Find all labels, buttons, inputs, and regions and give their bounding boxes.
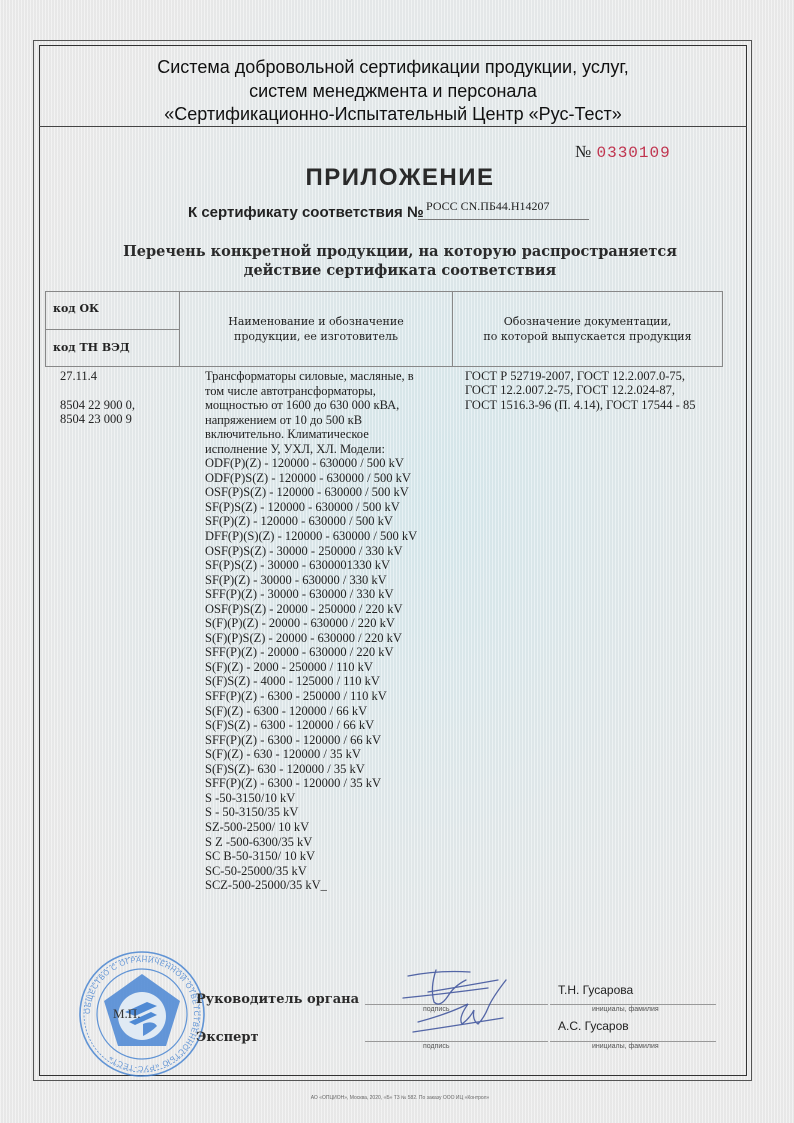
head-name: Т.Н. Гусарова bbox=[558, 983, 633, 997]
list-title-line: Перечень конкретной продукции, на котору… bbox=[100, 242, 700, 261]
model-line: S -50-3150/10 kV bbox=[205, 791, 455, 806]
model-line: S(F)(P)S(Z) - 20000 - 630000 / 220 kV bbox=[205, 631, 455, 646]
docs-header-text: Обозначение документации, по которой вып… bbox=[453, 314, 722, 344]
code-tn-ved-value: 8504 22 900 0, bbox=[60, 398, 190, 412]
model-line: SFF(P)(Z) - 20000 - 630000 / 220 kV bbox=[205, 645, 455, 660]
description-line: включительно. Климатическое bbox=[205, 427, 455, 442]
model-line: SFF(P)(Z) - 6300 - 120000 / 35 kV bbox=[205, 776, 455, 791]
description-line: напряжением от 10 до 500 кВ bbox=[205, 413, 455, 428]
model-line: SF(P)(Z) - 30000 - 630000 / 330 kV bbox=[205, 573, 455, 588]
certification-system-header: Система добровольной сертификации продук… bbox=[39, 56, 747, 127]
model-line: S(F)(Z) - 6300 - 120000 / 66 kV bbox=[205, 704, 455, 719]
expert-name: А.С. Гусаров bbox=[558, 1019, 629, 1033]
model-line: DFF(P)(S)(Z) - 120000 - 630000 / 500 kV bbox=[205, 529, 455, 544]
handwritten-signature-icon bbox=[398, 962, 528, 1042]
printer-imprint: АО «ОПЦИОН», Москва, 2020, «Б» Т3 № 582.… bbox=[250, 1095, 550, 1101]
model-line: OSF(P)S(Z) - 30000 - 250000 / 330 kV bbox=[205, 544, 455, 559]
form-number-value: 0330109 bbox=[596, 144, 670, 162]
description-line: мощностью от 1600 до 630 000 кВА, bbox=[205, 398, 455, 413]
list-title-line: действие сертификата соответствия bbox=[100, 261, 700, 280]
code-ok-label: код ОК bbox=[53, 302, 99, 315]
head-of-body-label: Руководитель органа bbox=[196, 992, 359, 1007]
form-number: № 0330109 bbox=[575, 142, 671, 162]
code-ok-cell: код ОК bbox=[46, 292, 179, 330]
model-line: SC-50-25000/35 kV bbox=[205, 864, 455, 879]
certificate-ref-label: К сертификату соответствия № bbox=[188, 204, 424, 221]
document-title: ПРИЛОЖЕНИЕ bbox=[250, 164, 550, 192]
model-line: S Z -500-6300/35 kV bbox=[205, 835, 455, 850]
description-line: том числе автотрансформаторы, bbox=[205, 384, 455, 399]
doc-line: ГОСТ Р 52719-2007, ГОСТ 12.2.007.0-75, bbox=[465, 369, 735, 383]
model-line: SF(P)S(Z) - 30000 - 6300001330 kV bbox=[205, 558, 455, 573]
model-line: OSF(P)S(Z) - 120000 - 630000 / 500 kV bbox=[205, 485, 455, 500]
name-header-cell: Наименование и обозначение продукции, ее… bbox=[180, 292, 453, 366]
name-header-text: Наименование и обозначение продукции, ее… bbox=[180, 314, 452, 344]
system-line: Система добровольной сертификации продук… bbox=[39, 56, 747, 80]
docs-header-line: Обозначение документации, bbox=[453, 314, 722, 329]
model-line: SF(P)S(Z) - 120000 - 630000 / 500 kV bbox=[205, 500, 455, 515]
form-number-label: № bbox=[575, 142, 592, 161]
head-name-line bbox=[550, 1004, 716, 1005]
model-line: SFF(P)(Z) - 6300 - 120000 / 66 kV bbox=[205, 733, 455, 748]
model-line: OSF(P)S(Z) - 20000 - 250000 / 220 kV bbox=[205, 602, 455, 617]
name-header-line: продукции, ее изготовитель bbox=[180, 329, 452, 344]
description-line: исполнение У, УХЛ, ХЛ. Модели: bbox=[205, 442, 455, 457]
product-list-title: Перечень конкретной продукции, на котору… bbox=[100, 242, 700, 280]
description-line: Трансформаторы силовые, масляные, в bbox=[205, 369, 455, 384]
model-line: S(F)S(Z)- 630 - 120000 / 35 kV bbox=[205, 762, 455, 777]
model-line: S(F)(Z) - 2000 - 250000 / 110 kV bbox=[205, 660, 455, 675]
code-spacer bbox=[60, 383, 190, 397]
system-line: систем менеджмента и персонала bbox=[39, 80, 747, 104]
stamp-place-label: М.П. bbox=[113, 1006, 140, 1022]
table-header: код ОК код ТН ВЭД Наименование и обознач… bbox=[45, 291, 723, 367]
name-header-line: Наименование и обозначение bbox=[180, 314, 452, 329]
expert-name-line bbox=[550, 1041, 716, 1042]
code-tn-ved-label: код ТН ВЭД bbox=[53, 341, 130, 354]
model-line: S(F)(Z) - 630 - 120000 / 35 kV bbox=[205, 747, 455, 762]
model-line: SF(P)(Z) - 120000 - 630000 / 500 kV bbox=[205, 514, 455, 529]
code-tn-ved-value: 8504 23 000 9 bbox=[60, 412, 190, 426]
head-name-caption: инициалы, фамилия bbox=[592, 1006, 659, 1013]
certificate-ref-value: РОСС CN.ПБ44.Н14207 bbox=[418, 199, 589, 220]
model-line: S - 50-3150/35 kV bbox=[205, 805, 455, 820]
documentation-cell: ГОСТ Р 52719-2007, ГОСТ 12.2.007.0-75, Г… bbox=[465, 369, 735, 412]
model-line: S(F)S(Z) - 6300 - 120000 / 66 kV bbox=[205, 718, 455, 733]
expert-name-caption: инициалы, фамилия bbox=[592, 1043, 659, 1050]
docs-header-line: по которой выпускается продукция bbox=[453, 329, 722, 344]
doc-line: ГОСТ 12.2.007.2-75, ГОСТ 12.2.024-87, bbox=[465, 383, 735, 397]
docs-header-cell: Обозначение документации, по которой вып… bbox=[453, 292, 722, 366]
model-line: SCZ-500-25000/35 kV_ bbox=[205, 878, 455, 893]
expert-label: Эксперт bbox=[196, 1030, 259, 1045]
model-line: SC B-50-3150/ 10 kV bbox=[205, 849, 455, 864]
product-description-cell: Трансформаторы силовые, масляные, втом ч… bbox=[205, 369, 455, 893]
codes-cell: 27.11.4 8504 22 900 0, 8504 23 000 9 bbox=[60, 369, 190, 427]
model-line: SFF(P)(Z) - 6300 - 250000 / 110 kV bbox=[205, 689, 455, 704]
model-line: ODF(P)S(Z) - 120000 - 630000 / 500 kV bbox=[205, 471, 455, 486]
system-line: «Сертификационно-Испытательный Центр «Ру… bbox=[39, 103, 747, 127]
official-stamp-icon: ОБЩЕСТВО С ОГРАНИЧЕННОЙ ОТВЕТСТВЕННОСТЬЮ… bbox=[77, 950, 207, 1078]
code-ok-value: 27.11.4 bbox=[60, 369, 190, 383]
doc-line: ГОСТ 1516.3-96 (П. 4.14), ГОСТ 17544 - 8… bbox=[465, 398, 735, 412]
model-line: S(F)S(Z) - 4000 - 125000 / 110 kV bbox=[205, 674, 455, 689]
model-line: SFF(P)(Z) - 30000 - 630000 / 330 kV bbox=[205, 587, 455, 602]
model-line: S(F)(P)(Z) - 20000 - 630000 / 220 kV bbox=[205, 616, 455, 631]
model-line: ODF(P)(Z) - 120000 - 630000 / 500 kV bbox=[205, 456, 455, 471]
model-line: SZ-500-2500/ 10 kV bbox=[205, 820, 455, 835]
expert-signature-caption: подпись bbox=[423, 1043, 449, 1050]
codes-header-cell: код ОК код ТН ВЭД bbox=[46, 292, 180, 366]
